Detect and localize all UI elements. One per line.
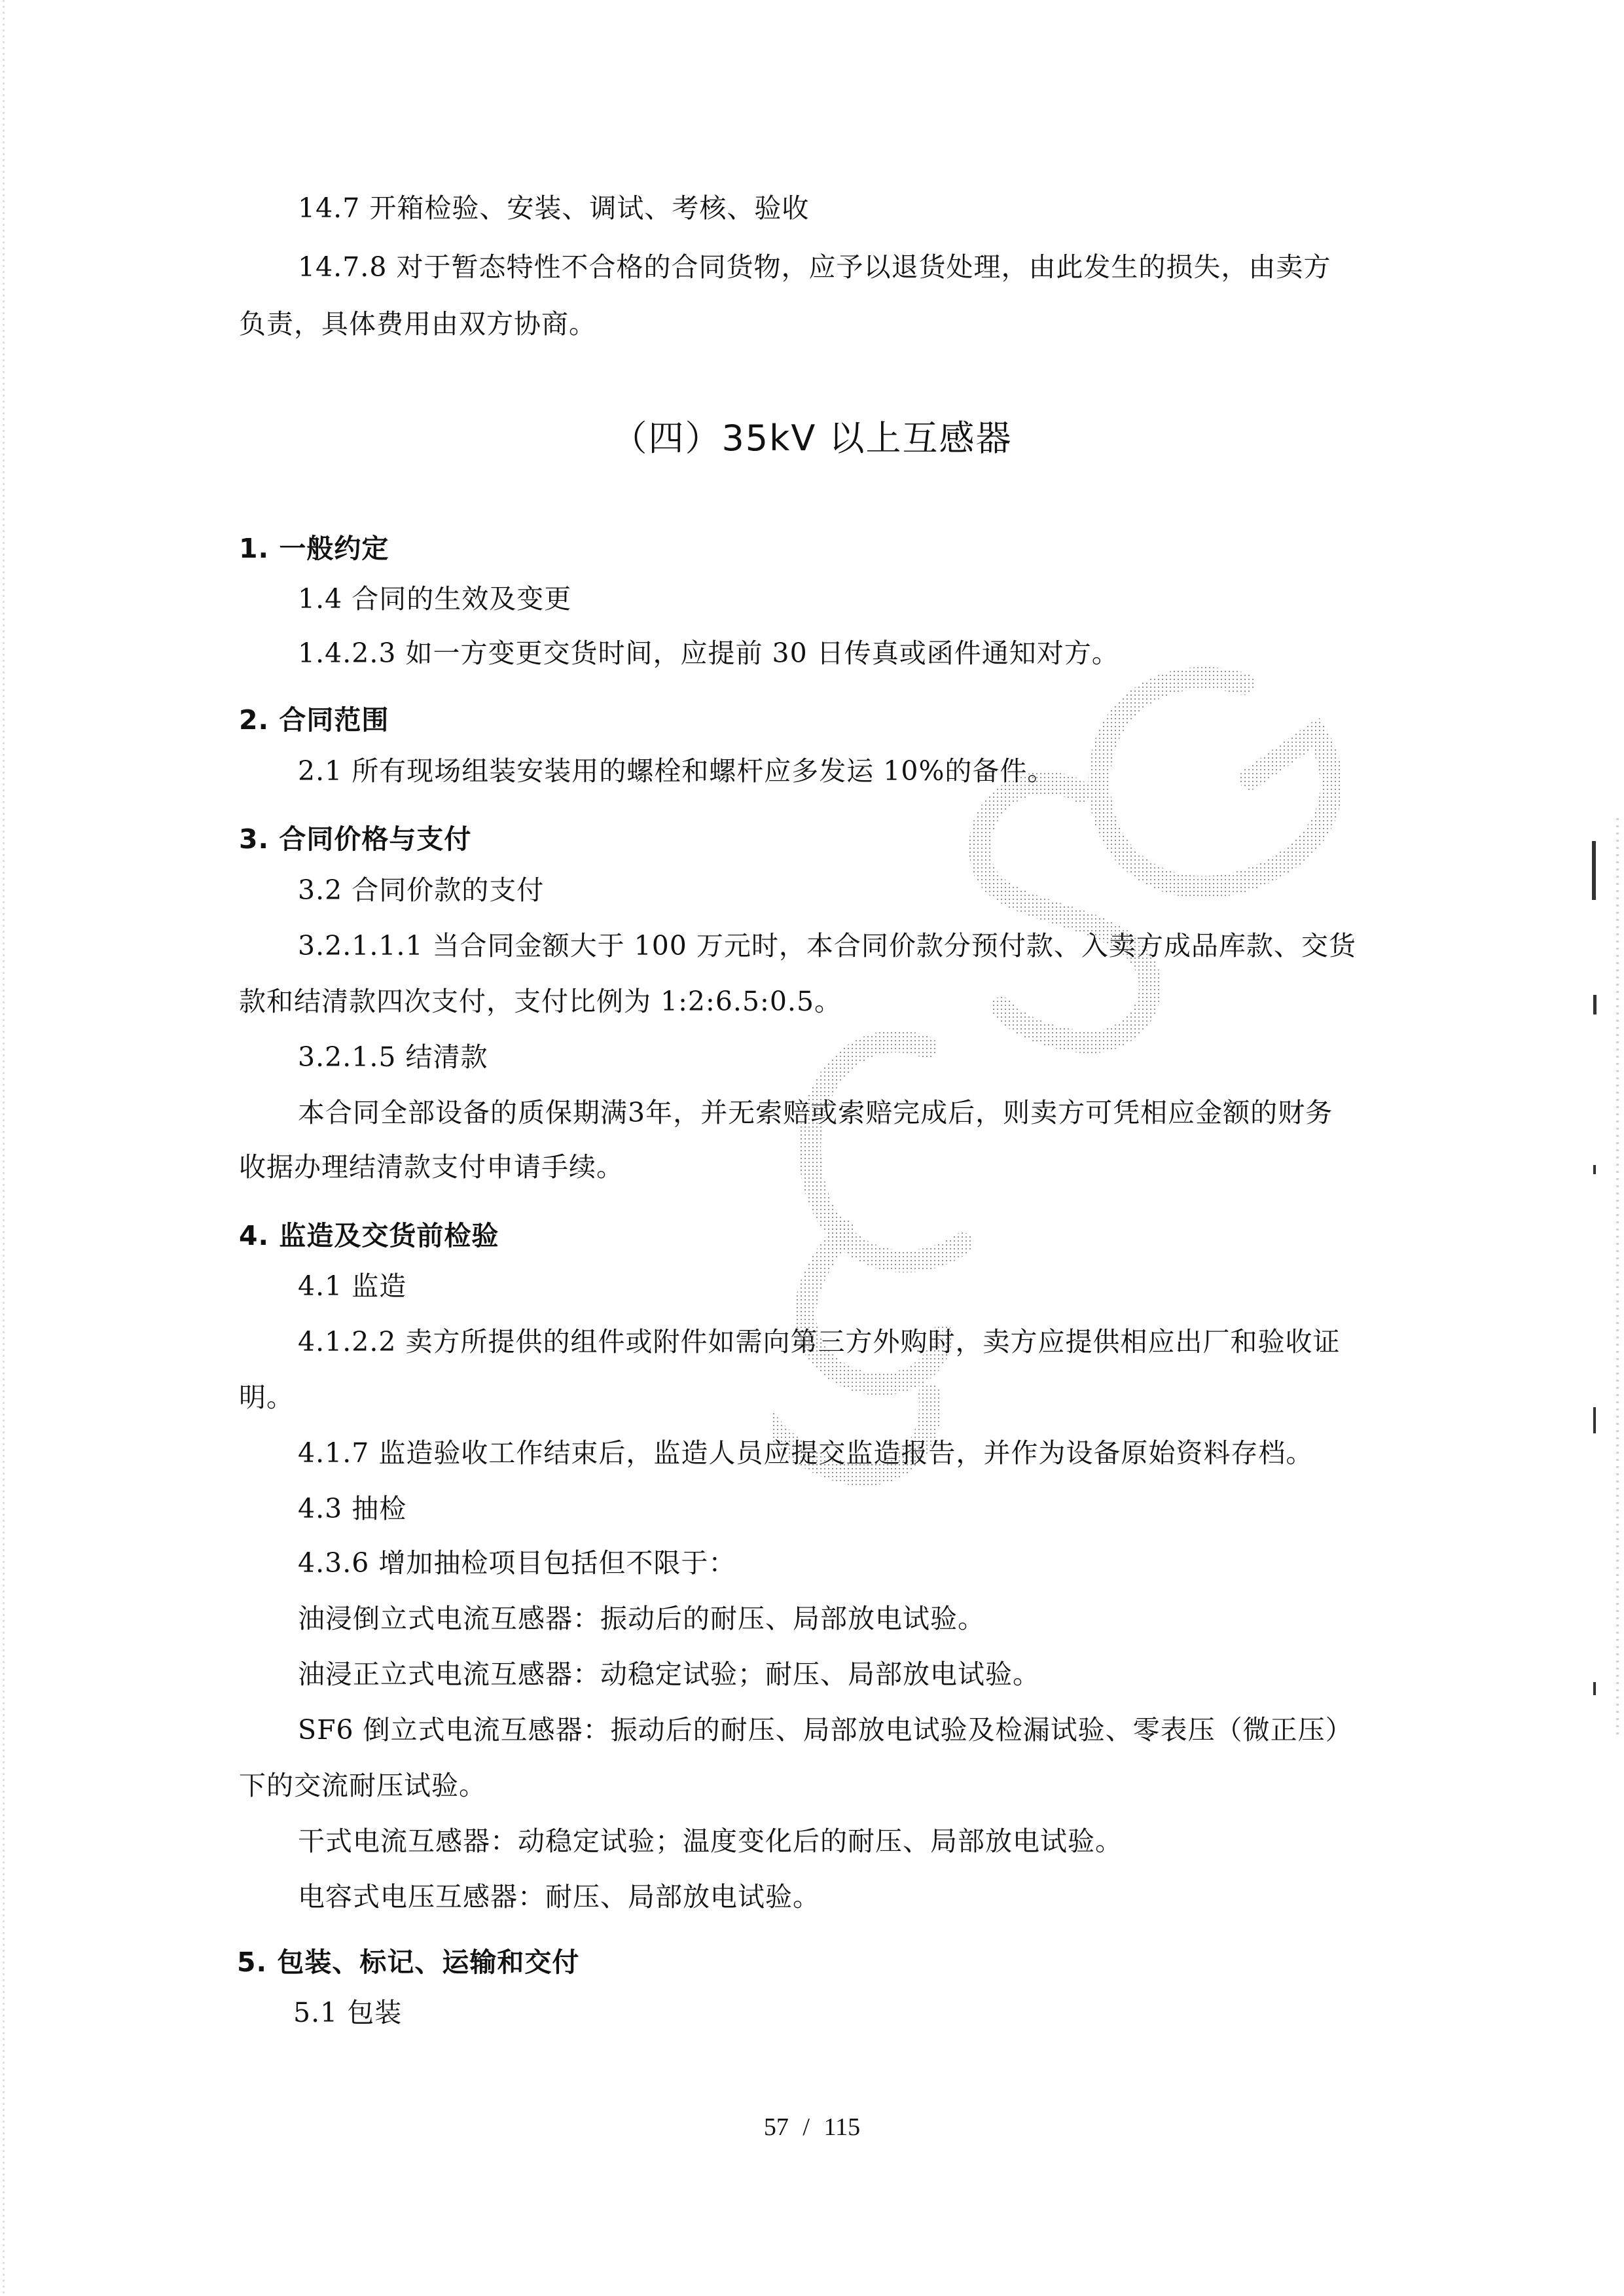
clause-14-7-8: 14.7.8 对于暂态特性不合格的合同货物，应予以退货处理，由此发生的损失，由卖… [298, 247, 1331, 287]
scan-artifact [1593, 1407, 1596, 1433]
clause-4-1: 4.1 监造 [298, 1266, 406, 1306]
clause-3-2: 3.2 合同价款的支付 [298, 870, 544, 910]
clause-4-3-6: 4.3.6 增加抽检项目包括但不限于： [298, 1543, 736, 1583]
page-number: 57 / 115 [0, 2111, 1624, 2144]
clause-3-2-1-5: 3.2.1.5 结清款 [298, 1037, 488, 1077]
item-sf6-inverted-ct: SF6 倒立式电流互感器：振动后的耐压、局部放电试验及检漏试验、零表压（微正压） [298, 1710, 1353, 1749]
clause-3-2-1-1-1-continued: 款和结清款四次支付，支付比例为 1:2:6.5:0.5。 [239, 982, 842, 1021]
section-title: （四）35kV 以上互感器 [0, 412, 1624, 465]
clause-14-7-8-continued: 负责，具体费用由双方协商。 [239, 304, 596, 344]
document-page: 14.7 开箱检验、安装、调试、考核、验收 14.7.8 对于暂态特性不合格的合… [0, 0, 1624, 2296]
item-oil-upright-ct: 油浸正立式电流互感器：动稳定试验；耐压、局部放电试验。 [298, 1655, 1040, 1694]
item-dry-type-ct: 干式电流互感器：动稳定试验；温度变化后的耐压、局部放电试验。 [298, 1821, 1123, 1861]
heading-supervision-inspection: 4. 监造及交货前检验 [239, 1216, 499, 1255]
clause-4-1-2-2: 4.1.2.2 卖方所提供的组件或附件如需向第三方外购时，卖方应提供相应出厂和验… [298, 1322, 1340, 1361]
scan-edge-left [3, 0, 5, 2296]
clause-2-1: 2.1 所有现场组装安装用的螺栓和螺杆应多发运 10%的备件。 [298, 751, 1055, 791]
clause-1-4-2-3: 1.4.2.3 如一方变更交货时间，应提前 30 日传真或函件通知对方。 [298, 634, 1119, 673]
heading-price-payment: 3. 合同价格与支付 [239, 819, 471, 859]
item-oil-inverted-ct: 油浸倒立式电流互感器：振动后的耐压、局部放电试验。 [298, 1599, 985, 1638]
heading-packaging-delivery: 5. 包装、标记、运输和交付 [237, 1943, 579, 1982]
clause-final-payment-body: 本合同全部设备的质保期满3年，并无索赔或索赔完成后，则卖方可凭相应金额的财务 [298, 1093, 1333, 1132]
scan-artifact [1593, 1165, 1596, 1174]
clause-4-1-7: 4.1.7 监造验收工作结束后，监造人员应提交监造报告，并作为设备原始资料存档。 [298, 1433, 1313, 1473]
scan-edge-right [1616, 818, 1619, 1734]
clause-final-payment-continued: 收据办理结清款支付申请手续。 [239, 1147, 624, 1187]
clause-5-1: 5.1 包装 [293, 1993, 402, 2032]
clause-4-1-2-2-continued: 明。 [239, 1378, 294, 1417]
scan-artifact [1593, 995, 1597, 1014]
heading-general-provisions: 1. 一般约定 [239, 529, 389, 568]
item-sf6-inverted-ct-continued: 下的交流耐压试验。 [239, 1766, 486, 1805]
heading-contract-scope: 2. 合同范围 [239, 700, 389, 740]
clause-14-7: 14.7 开箱检验、安装、调试、考核、验收 [298, 188, 809, 228]
scan-artifact [1592, 841, 1596, 900]
clause-1-4: 1.4 合同的生效及变更 [298, 579, 571, 619]
clause-4-3: 4.3 抽检 [298, 1489, 406, 1528]
csg-watermark-logo [772, 655, 1525, 1636]
scan-artifact [1593, 1682, 1596, 1695]
clause-3-2-1-1-1: 3.2.1.1.1 当合同金额大于 100 万元时，本合同价款分预付款、入卖方成… [298, 926, 1356, 965]
item-capacitive-vt: 电容式电压互感器：耐压、局部放电试验。 [298, 1877, 820, 1916]
